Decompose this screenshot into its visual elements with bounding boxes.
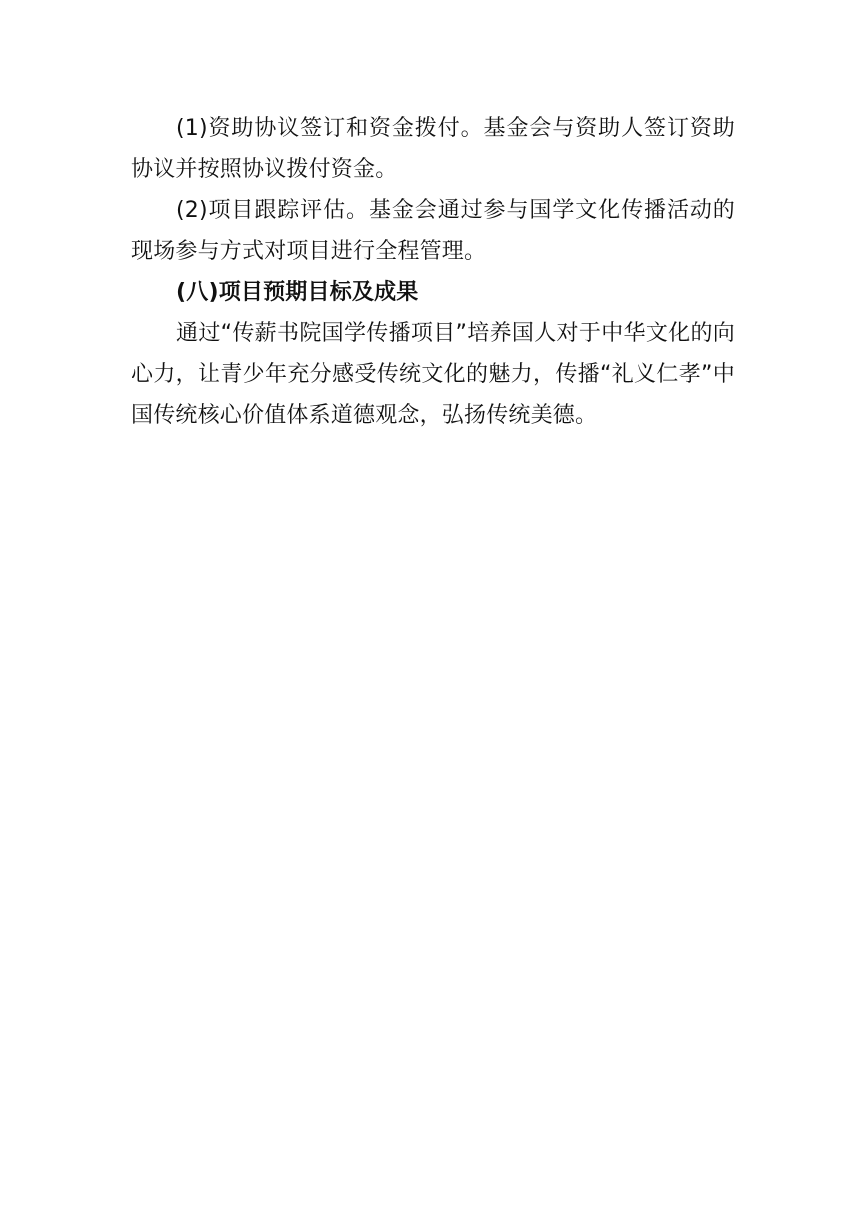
document-page: (1)资助协议签订和资金拨付。基金会与资助人签订资助协议并按照协议拨付资金。 (… [131, 108, 735, 436]
paragraph-funding-agreement: (1)资助协议签订和资金拨付。基金会与资助人签订资助协议并按照协议拨付资金。 [131, 108, 735, 190]
paragraph-project-tracking: (2)项目跟踪评估。基金会通过参与国学文化传播活动的现场参与方式对项目进行全程管… [131, 190, 735, 272]
section-heading-expected-goals: (八)项目预期目标及成果 [131, 272, 735, 313]
paragraph-expected-outcomes: 通过“传薪书院国学传播项目”培养国人对于中华文化的向心力，让青少年充分感受传统文… [131, 313, 735, 436]
